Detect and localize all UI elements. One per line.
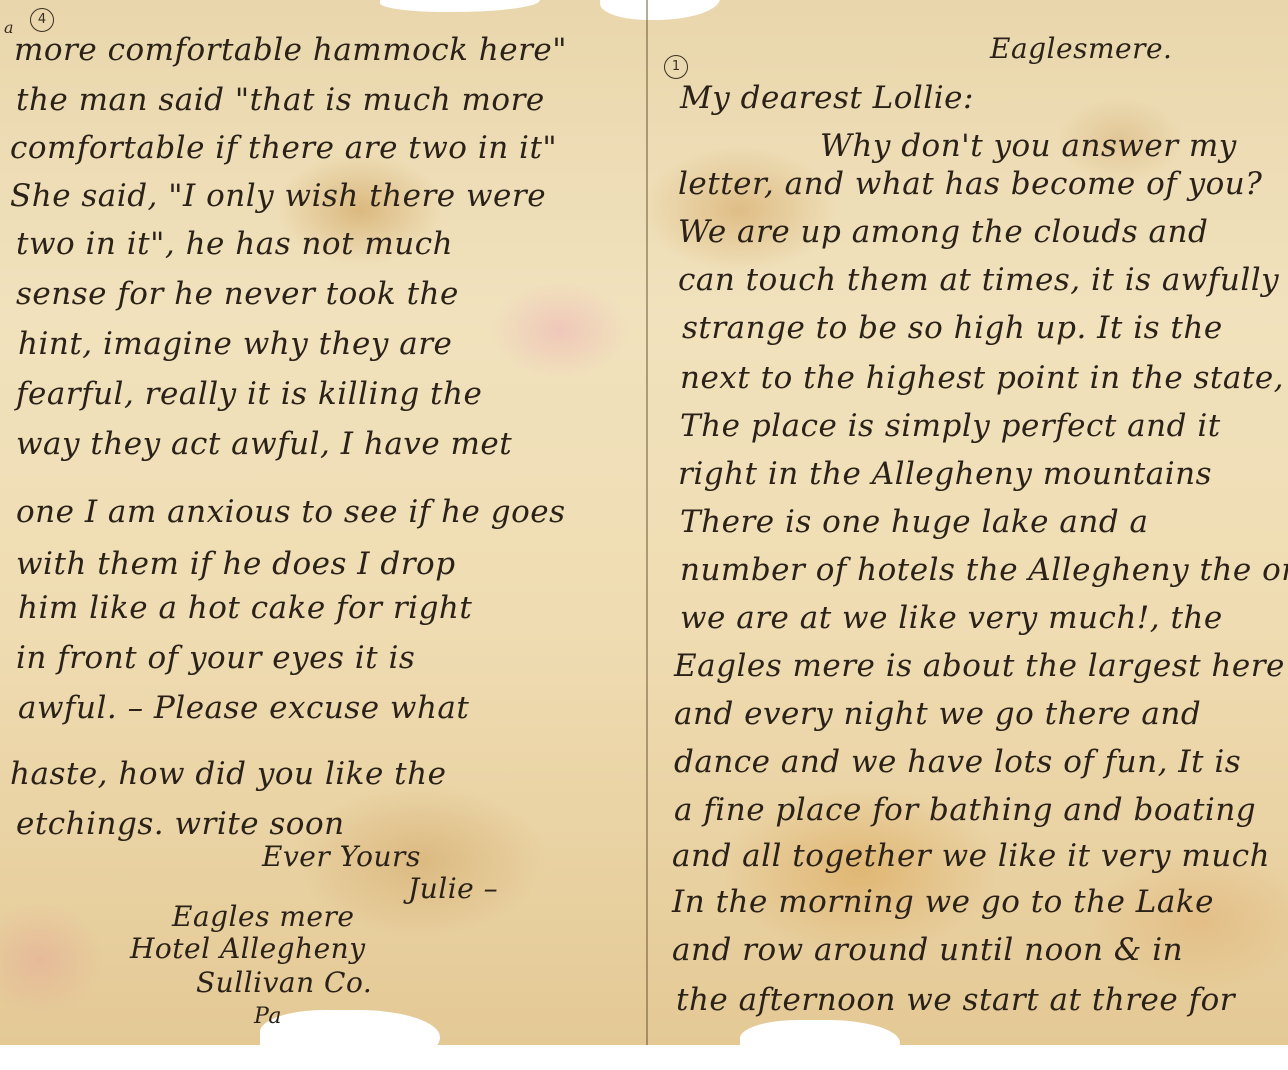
letter-line: and all together we like it very much (672, 838, 1270, 874)
place-heading: Eaglesmere. (990, 32, 1172, 65)
letter-line: and every night we go there and (674, 696, 1201, 732)
letter-line: the afternoon we start at three for (676, 982, 1235, 1018)
salutation: My dearest Lollie: (680, 80, 974, 116)
letter-line: We are up among the clouds and (678, 214, 1208, 250)
letter-line: Eagles mere is about the largest here (674, 648, 1285, 684)
letter-line: haste, how did you like the (10, 756, 446, 792)
left-page: a 4 more comfortable hammock here" the m… (0, 0, 640, 1045)
letter-line: fearful, really it is killing the (16, 376, 482, 412)
letter-line: In the morning we go to the Lake (672, 884, 1214, 920)
letter-line: sense for he never took the (16, 276, 459, 312)
center-fold-line (646, 0, 648, 1045)
letter-line: two in it", he has not much (16, 226, 453, 262)
letter-line: letter, and what has become of you? (678, 166, 1262, 202)
letter-line: awful. – Please excuse what (18, 690, 469, 726)
letter-line: more comfortable hammock here" (14, 32, 567, 68)
page-number-right: 1 (664, 55, 688, 79)
letter-sheet: a 4 more comfortable hammock here" the m… (0, 0, 1288, 1045)
address-line: Hotel Allegheny (130, 932, 366, 965)
closing: Ever Yours (262, 840, 421, 873)
letter-line: Why don't you answer my (820, 128, 1237, 164)
letter-line: strange to be so high up. It is the (682, 310, 1223, 346)
letter-line: a fine place for bathing and boating (674, 792, 1256, 828)
address-line: Sullivan Co. (196, 966, 372, 999)
letter-line: etchings. write soon (16, 806, 345, 842)
signature: Julie – (408, 872, 498, 905)
letter-line: next to the highest point in the state, (680, 360, 1284, 396)
letter-line: one I am anxious to see if he goes (16, 494, 566, 530)
letter-line: hint, imagine why they are (18, 326, 452, 362)
letter-line: and row around until noon & in (672, 932, 1183, 968)
letter-line: with them if he does I drop (16, 546, 456, 582)
letter-line: we are at we like very much!, the (680, 600, 1223, 636)
letter-line: can touch them at times, it is awfully (678, 262, 1279, 298)
corner-mark: a (4, 18, 14, 37)
letter-line: right in the Allegheny mountains (678, 456, 1212, 492)
right-page: 1 Eaglesmere. My dearest Lollie: Why don… (650, 0, 1288, 1045)
letter-line: There is one huge lake and a (680, 504, 1149, 540)
address-line: Eagles mere (172, 900, 354, 933)
letter-line: the man said "that is much more (16, 82, 545, 118)
letter-line: dance and we have lots of fun, It is (674, 744, 1241, 780)
address-line: Pa (254, 1004, 282, 1029)
letter-line: She said, "I only wish there were (10, 178, 546, 214)
letter-line: in front of your eyes it is (16, 640, 415, 676)
letter-line: him like a hot cake for right (18, 590, 472, 626)
letter-line: The place is simply perfect and it (680, 408, 1221, 444)
page-number-left: 4 (30, 8, 54, 32)
letter-line: way they act awful, I have met (16, 426, 512, 462)
letter-line: comfortable if there are two in it" (10, 130, 557, 166)
letter-line: number of hotels the Allegheny the one (680, 552, 1288, 588)
